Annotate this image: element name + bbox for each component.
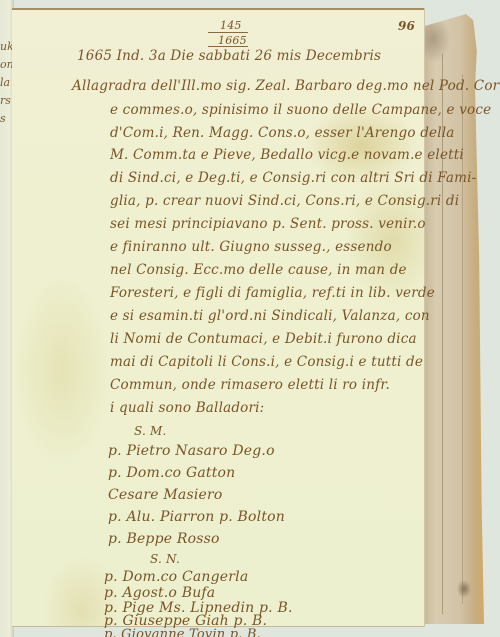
body-line: mai di Capitoli li Cons.i, e Consig.i e … [110, 356, 423, 370]
body-line: M. Comm.ta e Pieve, Bedallo vicg.e novam… [110, 149, 464, 163]
body-line: Commun, onde rimasero eletti li ro infr. [110, 379, 390, 393]
elected-name: p. Giovanne Tovin p. B. [104, 628, 261, 637]
header-rule [208, 46, 248, 47]
elected-name: p. Dom.co Gatton [108, 466, 235, 480]
left-page-fragment: rs [0, 94, 11, 107]
body-line: e si esamin.ti gl'ord.ni Sindicali, Vala… [110, 310, 430, 324]
elected-name: p. Alu. Piarron p. Bolton [108, 510, 285, 524]
folio-number: 96 [398, 20, 415, 32]
body-line: e commes.o, spinisimo il suono delle Cam… [110, 104, 491, 118]
elected-name: p. Giuseppe Giah p. B. [104, 614, 267, 628]
left-page-fragment: s [0, 112, 6, 125]
body-line: e finiranno ult. Giugno susseg., essendo [110, 241, 392, 255]
date-line: 1665 Ind. 3a Die sabbati 26 mis Decembri… [77, 50, 381, 64]
body-line: nel Consig. Ecc.mo delle cause, in man d… [110, 264, 407, 278]
body-line: sei mesi principiavano p. Sent. pross. v… [110, 218, 426, 232]
manuscript-page: 145 1665 96 1665 Ind. 3a Die sabbati 26 … [12, 8, 424, 627]
section-label: S. N. [150, 553, 180, 565]
elected-name: p. Agost.o Bufa [104, 586, 215, 600]
page-number-bottom: 1665 [218, 35, 247, 46]
left-page-fragment: la [0, 76, 10, 89]
body-line: di Sind.ci, e Deg.ti, e Consig.ri con al… [110, 172, 476, 186]
section-label: S. M. [134, 425, 167, 437]
body-line: li Nomi de Contumaci, e Debit.i furono d… [110, 333, 417, 347]
body-line: Foresteri, e figli di famiglia, ref.ti i… [110, 287, 435, 301]
header-rule [208, 32, 248, 33]
elected-name: Cesare Masiero [108, 488, 223, 502]
elected-name: p. Dom.co Cangerla [104, 570, 248, 584]
elected-name: p. Beppe Rosso [108, 532, 220, 546]
page-number-top: 145 [220, 20, 242, 31]
elected-name: p. Pietro Nasaro Deg.o [108, 444, 275, 458]
body-line: d'Com.i, Ren. Magg. Cons.o, esser l'Aren… [110, 127, 455, 141]
body-line: Allagradra dell'Ill.mo sig. Zeal. Barbar… [72, 80, 500, 94]
body-line: glia, p. crear nuovi Sind.ci, Cons.ri, e… [110, 195, 459, 209]
body-line: i quali sono Balladori: [110, 402, 264, 416]
